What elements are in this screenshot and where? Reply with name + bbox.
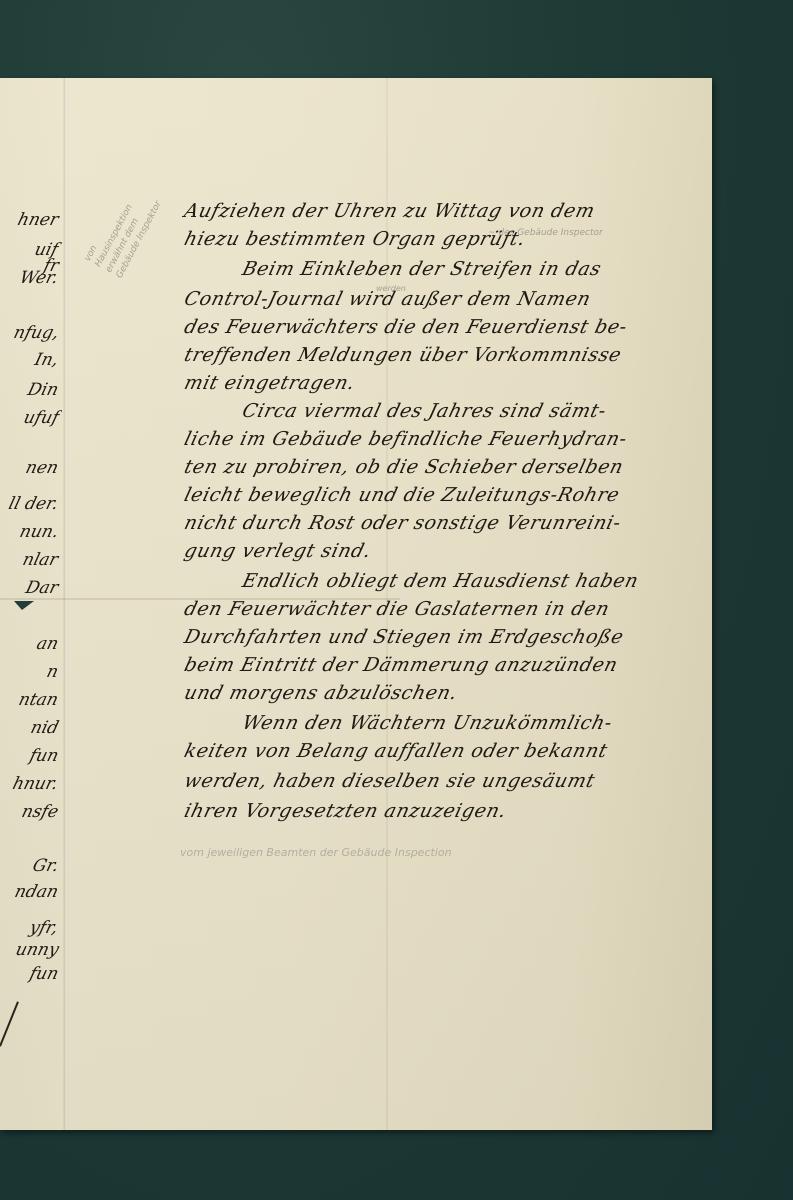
text-line: Wenn den Wächtern Unzukömmlich- — [240, 712, 615, 734]
left-fragment: nun. — [17, 522, 60, 542]
text-line: nicht durch Rost oder sonstige Verunrein… — [182, 512, 623, 534]
text-line: mit eingetragen. — [182, 372, 358, 394]
left-fragment: In, — [32, 350, 60, 370]
text-line: hiezu bestimmten Organ geprüft. — [182, 228, 528, 250]
pencil-interlinear-note: ~ des Gebäude Inspector — [488, 228, 603, 238]
text-line: treffenden Meldungen über Vorkommnisse — [182, 344, 624, 366]
left-fragment: nen — [24, 458, 61, 478]
left-fragment: nsfe — [19, 802, 60, 822]
left-fragment: fun — [27, 746, 60, 766]
left-fragment: ntan — [17, 690, 61, 710]
left-fragment: Din — [25, 380, 60, 400]
text-line: beim Eintritt der Dämmerung anzuzünden — [182, 654, 620, 676]
left-fragment: Dar — [24, 578, 61, 598]
text-line: Endlich obliegt dem Hausdienst haben — [240, 570, 641, 592]
left-fragment: unny — [13, 940, 60, 960]
text-line: liche im Gebäude befindliche Feuerhydran… — [182, 428, 630, 450]
text-line: des Feuerwächters die den Feuerdienst be… — [182, 316, 630, 338]
left-fragment: hnur. — [11, 774, 61, 794]
text-line: ihren Vorgesetzten anzuzeigen. — [182, 800, 509, 822]
text-line: Aufziehen der Uhren zu Wittag von dem — [182, 200, 597, 222]
left-fragment: Gr. — [30, 856, 60, 876]
text-line: gung verlegt sind. — [182, 540, 374, 562]
text-line: Beim Einkleben der Streifen in das — [240, 258, 604, 280]
page-fold — [63, 78, 68, 1130]
text-line: leicht beweglich und die Zuleitungs-Rohr… — [182, 484, 622, 506]
left-fragment: ufuf — [21, 408, 60, 428]
left-fragment: nlar — [21, 550, 61, 570]
left-fragment: ll der. — [7, 494, 61, 514]
left-fragment: Wer. — [18, 268, 61, 288]
text-line: Circa viermal des Jahres sind sämt- — [240, 400, 609, 422]
left-fragment: nfug, — [11, 323, 60, 343]
left-fragment: nid — [28, 718, 60, 738]
text-line: und morgens abzulöschen. — [182, 682, 460, 704]
pencil-bottom-note: vom jeweiligen Beamten der Gebäude Inspe… — [180, 846, 452, 859]
left-fragment: n — [45, 662, 61, 682]
pencil-correction: werden — [376, 284, 406, 293]
left-fragment: fun — [27, 964, 60, 984]
left-fragment: yfr, — [28, 918, 61, 938]
left-fragment: ndan — [13, 882, 61, 902]
text-line: den Feuerwächter die Gaslaternen in den — [182, 598, 612, 620]
left-page-fragments: hner uif fr Wer. nfug, In, Din ufuf nen … — [0, 118, 62, 1038]
text-line: Durchfahrten und Stiegen im Erdgeschoße — [182, 626, 626, 648]
left-fragment: hner — [15, 210, 60, 230]
text-line: ten zu probiren, ob die Schieber derselb… — [182, 456, 626, 478]
left-fragment: an — [34, 634, 60, 654]
text-line: werden, haben dieselben sie ungesäumt — [182, 770, 597, 792]
text-line: keiten von Belang auffallen oder bekannt — [182, 740, 610, 762]
